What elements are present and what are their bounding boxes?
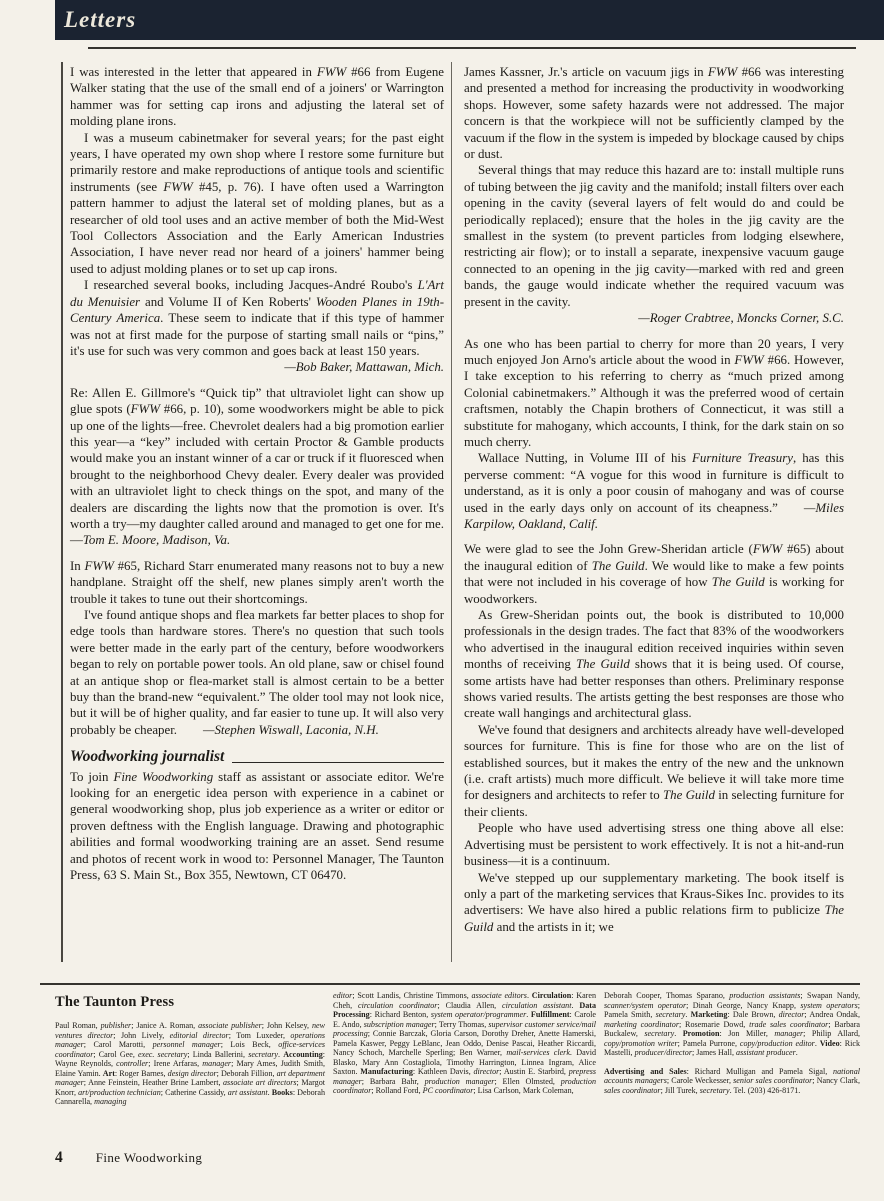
text-run: : Dale Brown,: [727, 1010, 778, 1019]
text-run: FWW: [708, 65, 737, 79]
text-run: ; Rosemarie Dowd,: [679, 1020, 749, 1029]
letters-header-bar: Letters: [55, 0, 884, 40]
paragraph: editor; Scott Landis, Christine Timmons,…: [333, 991, 596, 1096]
paragraph: In FWW #65, Richard Starr enumerated man…: [70, 558, 444, 607]
masthead-column-3: Deborah Cooper, Thomas Sparano, producti…: [604, 991, 860, 1095]
text-run: FWW: [734, 353, 763, 367]
text-run: ; Ellen Olmsted,: [494, 1077, 560, 1086]
text-run: marketing coordinator: [604, 1020, 679, 1029]
text-run: ; Jill Turek,: [661, 1086, 700, 1095]
text-run: Books: [272, 1088, 293, 1097]
text-run: design director: [168, 1069, 217, 1078]
text-run: editorial director: [170, 1031, 229, 1040]
text-run: : Roger Barnes,: [115, 1069, 168, 1078]
paragraph: Deborah Cooper, Thomas Sparano, producti…: [604, 991, 860, 1058]
text-run: #66. However, I take exception to his re…: [464, 353, 844, 449]
text-run: sales coordinator: [604, 1086, 661, 1095]
paragraph: Advertising and Sales: Richard Mulligan …: [604, 1067, 860, 1096]
text-run: circulation coordinator: [358, 1001, 437, 1010]
text-run: director: [473, 1067, 499, 1076]
paragraph: As Grew-Sheridan points out, the book is…: [464, 607, 844, 722]
text-run: ; Lisa Carlson, Mark Coleman,: [473, 1086, 573, 1095]
text-run: Circulation: [532, 991, 571, 1000]
text-run: #65, Richard Starr enumerated many reaso…: [70, 559, 444, 606]
text-run: production manager: [425, 1077, 495, 1086]
text-run: ; Deborah Fillion,: [217, 1069, 277, 1078]
text-run: secretary: [248, 1050, 278, 1059]
paragraph: People who have used advertising stress …: [464, 820, 844, 869]
text-run: .: [796, 1048, 798, 1057]
text-run: scanner/system operator: [604, 1001, 686, 1010]
text-run: Accounting: [283, 1050, 323, 1059]
paragraph: Re: Allen E. Gillmore's “Quick tip” that…: [70, 385, 444, 549]
magazine-title: Fine Woodworking: [96, 1150, 203, 1166]
text-run: : Richard Mulligan and Pamela Sigal,: [687, 1067, 833, 1076]
text-run: Marketing: [691, 1010, 728, 1019]
text-run: publisher: [101, 1021, 132, 1030]
paragraph: Paul Roman, publisher; Janice A. Roman, …: [55, 1021, 325, 1107]
text-run: copy/promotion writer: [604, 1039, 678, 1048]
text-run: art assistant: [228, 1088, 268, 1097]
text-run: ; Barbara Bahr,: [362, 1077, 425, 1086]
text-run: ; Pamela Purrone,: [678, 1039, 740, 1048]
text-run: Tom E. Moore, Madison, Va.: [83, 533, 230, 547]
text-run: Fulfillment: [531, 1010, 570, 1019]
text-run: system operators: [800, 1001, 857, 1010]
text-run: art/production technician: [78, 1088, 161, 1097]
text-run: Several things that may reduce this haza…: [464, 163, 844, 308]
letters-column-left: I was interested in the letter that appe…: [70, 64, 444, 884]
paragraph: We've stepped up our supplementary marke…: [464, 870, 844, 936]
text-run: managing: [94, 1097, 126, 1106]
text-run: ; John Kelsey,: [262, 1021, 312, 1030]
paragraph: I was interested in the letter that appe…: [70, 64, 444, 130]
text-run: ; Anne Feinstein, Heather Brine Lambert,: [84, 1078, 223, 1087]
text-run: Advertising and Sales: [604, 1067, 687, 1076]
text-run: The Guild: [712, 575, 765, 589]
text-run: FWW: [85, 559, 114, 573]
text-run: FWW: [753, 542, 782, 556]
text-run: associate publisher: [198, 1021, 262, 1030]
text-run: .: [674, 1029, 683, 1038]
text-run: staff as assistant or associate editor. …: [70, 770, 444, 882]
text-run: assistant producer: [736, 1048, 796, 1057]
text-run: personnel manager: [153, 1040, 221, 1049]
text-run: The Guild: [663, 788, 715, 802]
text-run: Promotion: [683, 1029, 720, 1038]
text-run: Video: [820, 1039, 840, 1048]
text-run: exec. secretary: [138, 1050, 187, 1059]
text-run: ; Philip Allard,: [803, 1029, 860, 1038]
text-run: ; Janice A. Roman,: [131, 1021, 198, 1030]
text-run: ; Irene Arfaras,: [148, 1059, 202, 1068]
text-run: In: [70, 559, 85, 573]
header-rule: [88, 47, 856, 49]
text-run: production assistants: [729, 991, 800, 1000]
text-run: FWW: [131, 402, 160, 416]
text-run: I researched several books, including Ja…: [84, 278, 418, 292]
paragraph: To join Fine Woodworking staff as assist…: [70, 769, 444, 884]
paragraph: Wallace Nutting, in Volume III of his Fu…: [464, 450, 844, 532]
text-run: ; Carole Weckesser,: [667, 1076, 733, 1085]
text-run: : Richard Benton,: [370, 1010, 431, 1019]
text-run: : Kathleen Davis,: [413, 1067, 474, 1076]
text-run: secretary: [656, 1010, 686, 1019]
text-run: ; Rolland Ford,: [371, 1086, 422, 1095]
text-run: ; Catherine Cassidy,: [161, 1088, 228, 1097]
text-run: FWW: [163, 180, 192, 194]
text-run: We were glad to see the John Grew-Sherid…: [464, 542, 753, 556]
text-run: ; Swapan Nandy,: [800, 991, 860, 1000]
text-run: ; Andrea Ondak,: [804, 1010, 860, 1019]
page-footer: 4 Fine Woodworking: [55, 1149, 202, 1167]
text-run: . Tel. (203) 426-8171.: [730, 1086, 801, 1095]
text-run: producer/director: [635, 1048, 692, 1057]
text-run: and the artists in it; we: [493, 920, 613, 934]
text-run: ; Terry Thomas,: [435, 1020, 489, 1029]
text-run: : Jon Miller,: [719, 1029, 774, 1038]
section-heading-text: Woodworking journalist: [70, 749, 224, 765]
text-run: controller: [116, 1059, 148, 1068]
masthead-publisher-heading: The Taunton Press: [55, 994, 174, 1011]
paragraph: I was a museum cabinetmaker for several …: [70, 130, 444, 278]
text-run: associate art directors: [223, 1078, 297, 1087]
text-run: Deborah Cooper, Thomas Sparano,: [604, 991, 729, 1000]
text-run: manager: [202, 1059, 231, 1068]
text-run: Fine Woodworking: [113, 770, 213, 784]
paragraph: I've found antique shops and flea market…: [70, 607, 444, 738]
text-run: mail-services clerk: [506, 1048, 570, 1057]
text-run: ; John Lively,: [113, 1031, 169, 1040]
page-number: 4: [55, 1149, 63, 1167]
letter-signature: —Roger Crabtree, Moncks Corner, S.C.: [464, 310, 844, 326]
text-run: #45, p. 76). I have often used a Warring…: [70, 180, 444, 276]
text-run: subscription manager: [364, 1020, 435, 1029]
masthead-column-2: editor; Scott Landis, Christine Timmons,…: [333, 991, 596, 1096]
masthead-column-1: Paul Roman, publisher; Janice A. Roman, …: [55, 1021, 325, 1107]
text-run: ; Carol Gee,: [93, 1050, 138, 1059]
text-run: senior sales coordinator: [733, 1076, 812, 1085]
text-run: ; James Hall,: [692, 1048, 736, 1057]
text-run: editor: [333, 991, 352, 1000]
paragraph: Several things that may reduce this haza…: [464, 162, 844, 310]
text-run: I was interested in the letter that appe…: [70, 65, 317, 79]
text-run: ; Tom Luxeder,: [229, 1031, 291, 1040]
text-run: system operator/programmer: [431, 1010, 526, 1019]
text-run: ; Nancy Clark,: [812, 1076, 860, 1085]
text-run: The Guild: [576, 657, 630, 671]
text-run: PC coordinator: [423, 1086, 474, 1095]
text-run: The Guild: [592, 559, 645, 573]
text-run: copy/production editor: [740, 1039, 815, 1048]
text-run: secretary: [700, 1086, 730, 1095]
text-run: associate editors: [472, 991, 527, 1000]
text-run: James Kassner, Jr.'s article on vacuum j…: [464, 65, 708, 79]
text-run: circulation assistant: [502, 1001, 571, 1010]
column-divider-rule: [451, 62, 452, 962]
paragraph: We've found that designers and architect…: [464, 722, 844, 820]
text-run: Furniture Treasury: [692, 451, 793, 465]
text-run: Art: [103, 1069, 115, 1078]
text-run: and Volume II of Ken Roberts': [140, 295, 316, 309]
paragraph: As one who has been partial to cherry fo…: [464, 336, 844, 451]
paragraph: James Kassner, Jr.'s article on vacuum j…: [464, 64, 844, 162]
text-run: I've found antique shops and flea market…: [70, 608, 444, 737]
text-run: —Bob Baker, Mattawan, Mich.: [284, 360, 444, 374]
text-run: manager: [774, 1029, 803, 1038]
text-run: #66, p. 10), some woodworkers might be a…: [70, 402, 444, 547]
left-border-rule: [61, 62, 63, 962]
text-run: secretary: [644, 1029, 674, 1038]
text-run: We've stepped up our supplementary marke…: [464, 871, 844, 918]
text-run: Wallace Nutting, in Volume III of his: [478, 451, 692, 465]
text-run: ; Dinah George, Nancy Knapp,: [686, 1001, 800, 1010]
text-run: To join: [70, 770, 113, 784]
letters-column-right: James Kassner, Jr.'s article on vacuum j…: [464, 64, 844, 935]
text-run: People who have used advertising stress …: [464, 821, 844, 868]
text-run: Manufacturing: [360, 1067, 413, 1076]
text-run: ; Lois Beck,: [221, 1040, 279, 1049]
text-run: director: [779, 1010, 805, 1019]
text-run: ; Linda Ballerini,: [187, 1050, 248, 1059]
paragraph: I researched several books, including Ja…: [70, 277, 444, 359]
text-run: FWW: [317, 65, 346, 79]
text-run: trade sales coordinator: [749, 1020, 828, 1029]
section-heading: Woodworking journalist: [70, 749, 444, 765]
text-run: #66 was interesting and presented a meth…: [464, 65, 844, 161]
text-run: ; Austin E. Starbird,: [499, 1067, 568, 1076]
text-run: ; Carol Marotti,: [84, 1040, 153, 1049]
letter-signature: —Bob Baker, Mattawan, Mich.: [70, 359, 444, 375]
text-run: Paul Roman,: [55, 1021, 101, 1030]
text-run: —Stephen Wiswall, Laconia, N.H.: [203, 723, 379, 737]
magazine-page: Letters I was interested in the letter t…: [0, 0, 884, 1201]
section-heading-underline: [232, 762, 444, 763]
text-run: ; Scott Landis, Christine Timmons,: [352, 991, 471, 1000]
page-title: Letters: [55, 7, 136, 33]
text-run: ; Claudia Allen,: [437, 1001, 502, 1010]
text-run: —Roger Crabtree, Moncks Corner, S.C.: [638, 311, 844, 325]
masthead-rule: [40, 983, 860, 985]
paragraph: We were glad to see the John Grew-Sherid…: [464, 541, 844, 607]
